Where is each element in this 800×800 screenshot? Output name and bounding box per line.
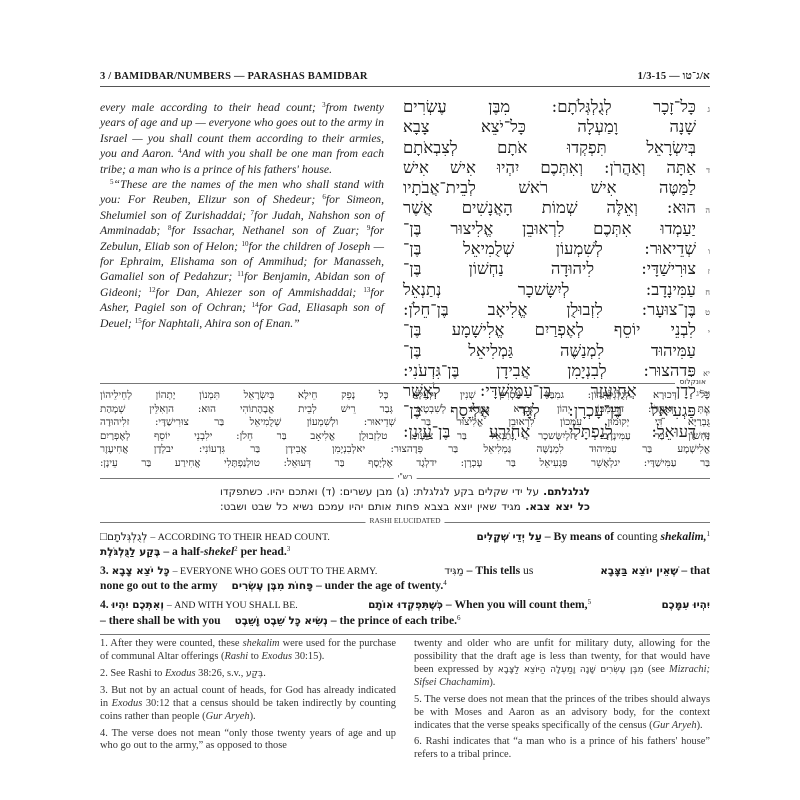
footnotes-column-left: 1. After they were counted, these shekal… bbox=[100, 638, 396, 766]
running-head-right: 1/3-15 — א/ג־טו bbox=[638, 71, 710, 82]
elucidation-paragraph: 3. כָּל יֹצֵא צָבָא – EVERYONE WHO GOES … bbox=[100, 564, 710, 594]
onkelos-line: אֱלִישָׁמָע בַּר עַמִּיהוּד לִמְנַשֶּׁה … bbox=[100, 443, 710, 457]
elucidation-line: □לְגֻלְגְּלֹתָם – ACCORDING TO THEIR HEA… bbox=[100, 530, 710, 546]
rashi-elucidated-divider: RASHI ELUCIDATED bbox=[100, 517, 710, 527]
hebrew-line: ידפַּגְעִיאֵל בֶּן־עָכְרָן: לְגָד אֶלְיָ… bbox=[403, 401, 710, 421]
onkelos-line: בַּר עַמִּישַׁדָּי: יגלְאָשֵׁר פַּגְעִיא… bbox=[100, 457, 710, 471]
running-head: 3 / BAMIDBAR/NUMBERS — PARASHAS BAMIDBAR… bbox=[100, 70, 710, 87]
rashi-elucidated-label: RASHI ELUCIDATED bbox=[365, 516, 444, 525]
translation-paragraph: every male according to their head count… bbox=[100, 100, 384, 177]
rashi-divider: רש"י bbox=[100, 473, 710, 483]
rashi-elucidated: □לְגֻלְגְּלֹתָם – ACCORDING TO THEIR HEA… bbox=[100, 530, 710, 629]
elucidation-line: בֶּקַע לַגֻּלְגֹּלֶת – a half-shekel2 pe… bbox=[100, 545, 710, 560]
hebrew-text: גכָּל־זָכָר לְגֻלְגְּלֹתָם: מִבֶּן עֶשְׂ… bbox=[403, 97, 710, 442]
hebrew-line: בְּיִשְׂרָאֵל תִּפְקְדוּ אֹתָם לְצִבְאֹת… bbox=[403, 138, 710, 158]
footnote-1: 1. After they were counted, these shekal… bbox=[100, 638, 396, 664]
footnote-6: 6. Rashi indicates that “a man who is a … bbox=[414, 736, 710, 762]
hebrew-line: שָׁנָה וָמַעְלָה כָּל־יֹצֵא צָבָא bbox=[403, 117, 710, 137]
rashi-hebrew-text: לגלגלתם. על ידי שקלים בקע לגלגלת: (ג) מב… bbox=[100, 485, 710, 515]
footnotes: 1. After they were counted, these shekal… bbox=[100, 638, 710, 766]
rashi-line: לגלגלתם. על ידי שקלים בקע לגלגלת: (ג) מב… bbox=[220, 485, 590, 500]
hebrew-line: ההוּא: וְאֵלֶּה שְׁמוֹת הָאֲנָשִׁים אֲשֶ… bbox=[403, 198, 710, 218]
verse-number: 15 bbox=[135, 317, 142, 325]
elucidation-line: none go out to the army פָּחוֹת מִבֶּן ע… bbox=[100, 579, 710, 594]
elucidation-line: – there shall be with you נְשִׂיא כָּל ש… bbox=[100, 614, 710, 629]
rashi-line: כל יצא צבא. מגיד שאין יוצא בצבא פחות אות… bbox=[220, 500, 590, 515]
translation-paragraph: 5“These are the names of the men who sha… bbox=[100, 177, 384, 331]
onkelos-label: אונקלוס bbox=[675, 377, 710, 386]
hebrew-line: ילִבְנֵי יוֹסֵף לְאֶפְרַיִם אֱלִישָׁמָע … bbox=[403, 320, 710, 340]
elucidation-line: 3. כָּל יֹצֵא צָבָא – EVERYONE WHO GOES … bbox=[100, 564, 710, 580]
hebrew-line: דאַתָּה וְאַהֲרֹן: וְאִתְּכֶם יִהְיוּ אִ… bbox=[403, 158, 710, 178]
verse-number: 12 bbox=[149, 286, 156, 294]
verse-number: טו bbox=[703, 425, 710, 445]
divider-line bbox=[100, 383, 710, 384]
hebrew-line: גכָּל־זָכָר לְגֻלְגְּלֹתָם: מִבֶּן עֶשְׂ… bbox=[403, 97, 710, 117]
footnote-5: 5. The verse does not mean that the prin… bbox=[414, 694, 710, 733]
hebrew-line: ושְׁדֵיאוּר: לְשִׁמְעוֹן שְׁלֻמִיאֵל בֶּ… bbox=[403, 239, 710, 259]
verse-number: 14 bbox=[252, 301, 259, 309]
hebrew-line: חעַמִּינָדָב: לְיִשָּׂשכָר נְתַנְאֵל bbox=[403, 280, 710, 300]
hebrew-line: זצוּרִישַׁדָּי: לִיהוּדָה נַחְשׁוֹן בֶּן… bbox=[403, 259, 710, 279]
rashi-label: רש"י bbox=[394, 472, 417, 481]
hebrew-line: טודְּעוּאֵל: לְנַפְתָּלִי אֲחִירַע בֶּן־… bbox=[403, 422, 710, 442]
book-page: 3 / BAMIDBAR/NUMBERS — PARASHAS BAMIDBAR… bbox=[100, 70, 710, 766]
verses-section: every male according to their head count… bbox=[100, 100, 710, 378]
verse-number: 11 bbox=[237, 270, 244, 278]
onkelos-divider: אונקלוס bbox=[100, 378, 710, 388]
hebrew-line: טבֶּן־צוּעָר: לִזְבוּלֻן אֱלִיאָב בֶּן־ח… bbox=[403, 300, 710, 320]
footnote-4: 4. The verse does not mean “only those t… bbox=[100, 728, 396, 754]
hebrew-line: עַמִּיהוּד לִמְנַשֶּׁה גַּמְלִיאֵל בֶּן־ bbox=[403, 341, 710, 361]
english-translation: every male according to their head count… bbox=[100, 100, 384, 331]
hebrew-line: יַעַמְדוּ אִתְּכֶם לִרְאוּבֵן אֱלִיצוּר … bbox=[403, 219, 710, 239]
running-head-left: 3 / BAMIDBAR/NUMBERS — PARASHAS BAMIDBAR bbox=[100, 71, 368, 82]
footnote-4-continued: twenty and older who are unfit for milit… bbox=[414, 638, 710, 690]
hebrew-line: לַמַּטֶּה אִישׁ רֹאשׁ לְבֵית־אֲבֹתָיו bbox=[403, 178, 710, 198]
footnote-2: 2. See Rashi to Exodus 38:26, s.v., בֶּק… bbox=[100, 668, 396, 681]
elucidation-paragraph: 4. וְאִתְּכֶם יִהְיוּ – AND WITH YOU SHA… bbox=[100, 598, 710, 628]
footnotes-column-right: twenty and older who are unfit for milit… bbox=[414, 638, 710, 766]
footnotes-divider bbox=[100, 634, 710, 635]
footnote-3: 3. But not by an actual count of heads, … bbox=[100, 685, 396, 724]
elucidation-line: 4. וְאִתְּכֶם יִהְיוּ – AND WITH YOU SHA… bbox=[100, 598, 710, 614]
